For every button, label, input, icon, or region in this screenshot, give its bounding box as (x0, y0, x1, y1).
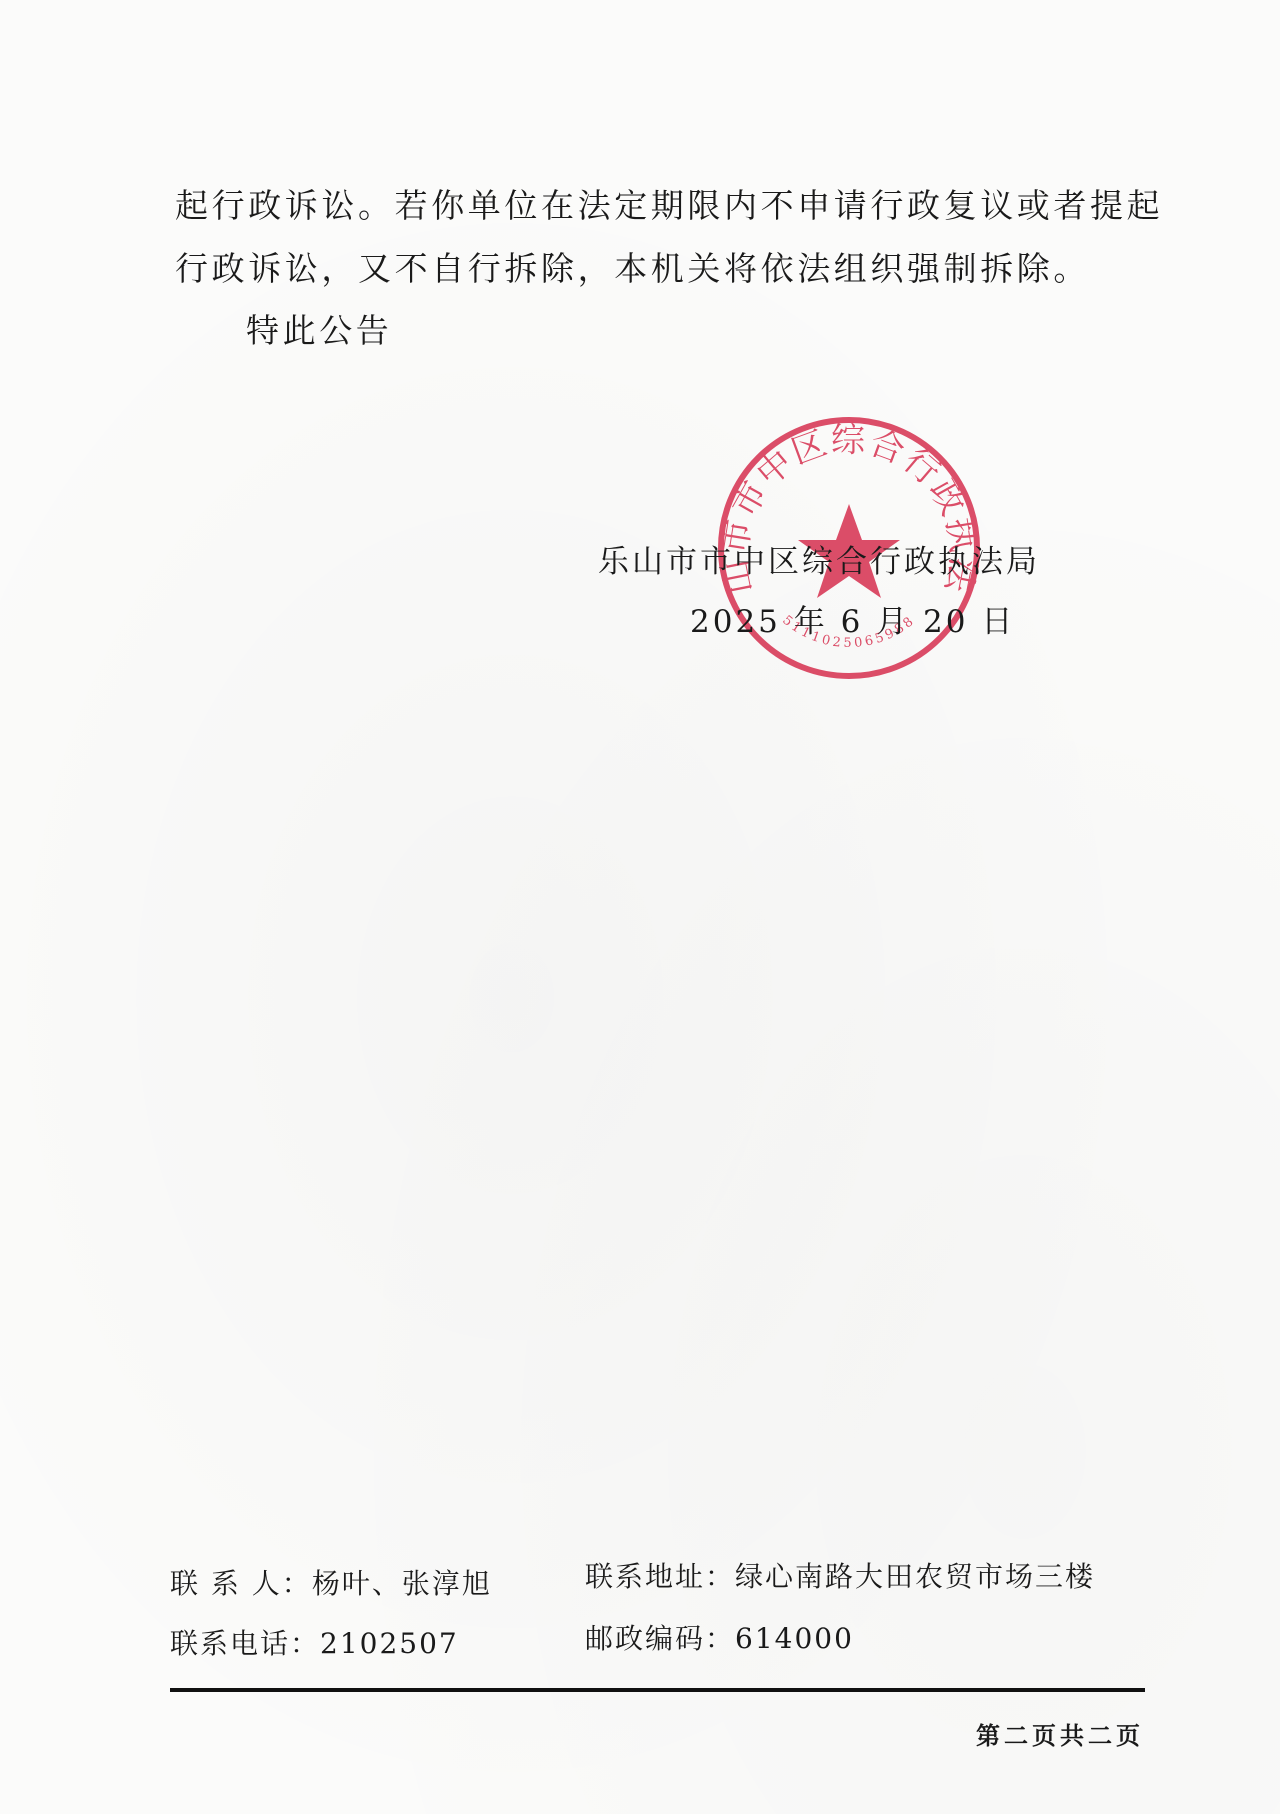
issuing-authority: 乐山市市中区综合行政执法局 (598, 536, 1040, 581)
issue-date: 2025 年 6 月 20 日 (690, 596, 1015, 641)
body-text-line: 起行政诉讼。若你单位在法定期限内不申请行政复议或者提起 (175, 180, 1163, 227)
postal-code: 邮政编码：614000 (585, 1617, 854, 1657)
postal-code-label: 邮政编码： (585, 1622, 735, 1655)
contact-address-label: 联系地址： (585, 1560, 735, 1593)
contact-phone-label: 联系电话： (170, 1627, 320, 1660)
page-indicator: 第二页共二页 (976, 1716, 1144, 1751)
contact-phone-value: 2102507 (320, 1627, 459, 1660)
contact-person-label: 联 系 人： (170, 1567, 312, 1600)
contact-address-value: 绿心南路大田农贸市场三楼 (735, 1560, 1095, 1593)
footer-divider (170, 1688, 1145, 1692)
postal-code-value: 614000 (735, 1622, 854, 1655)
closing-phrase: 特此公告 (246, 305, 392, 352)
contact-phone: 联系电话：2102507 (170, 1622, 459, 1662)
body-text-line: 行政诉讼，又不自行拆除，本机关将依法组织强制拆除。 (175, 243, 1090, 290)
contact-person-value: 杨叶、张淳旭 (312, 1567, 492, 1600)
contact-address: 联系地址：绿心南路大田农贸市场三楼 (585, 1555, 1095, 1595)
contact-person: 联 系 人：杨叶、张淳旭 (170, 1562, 492, 1602)
